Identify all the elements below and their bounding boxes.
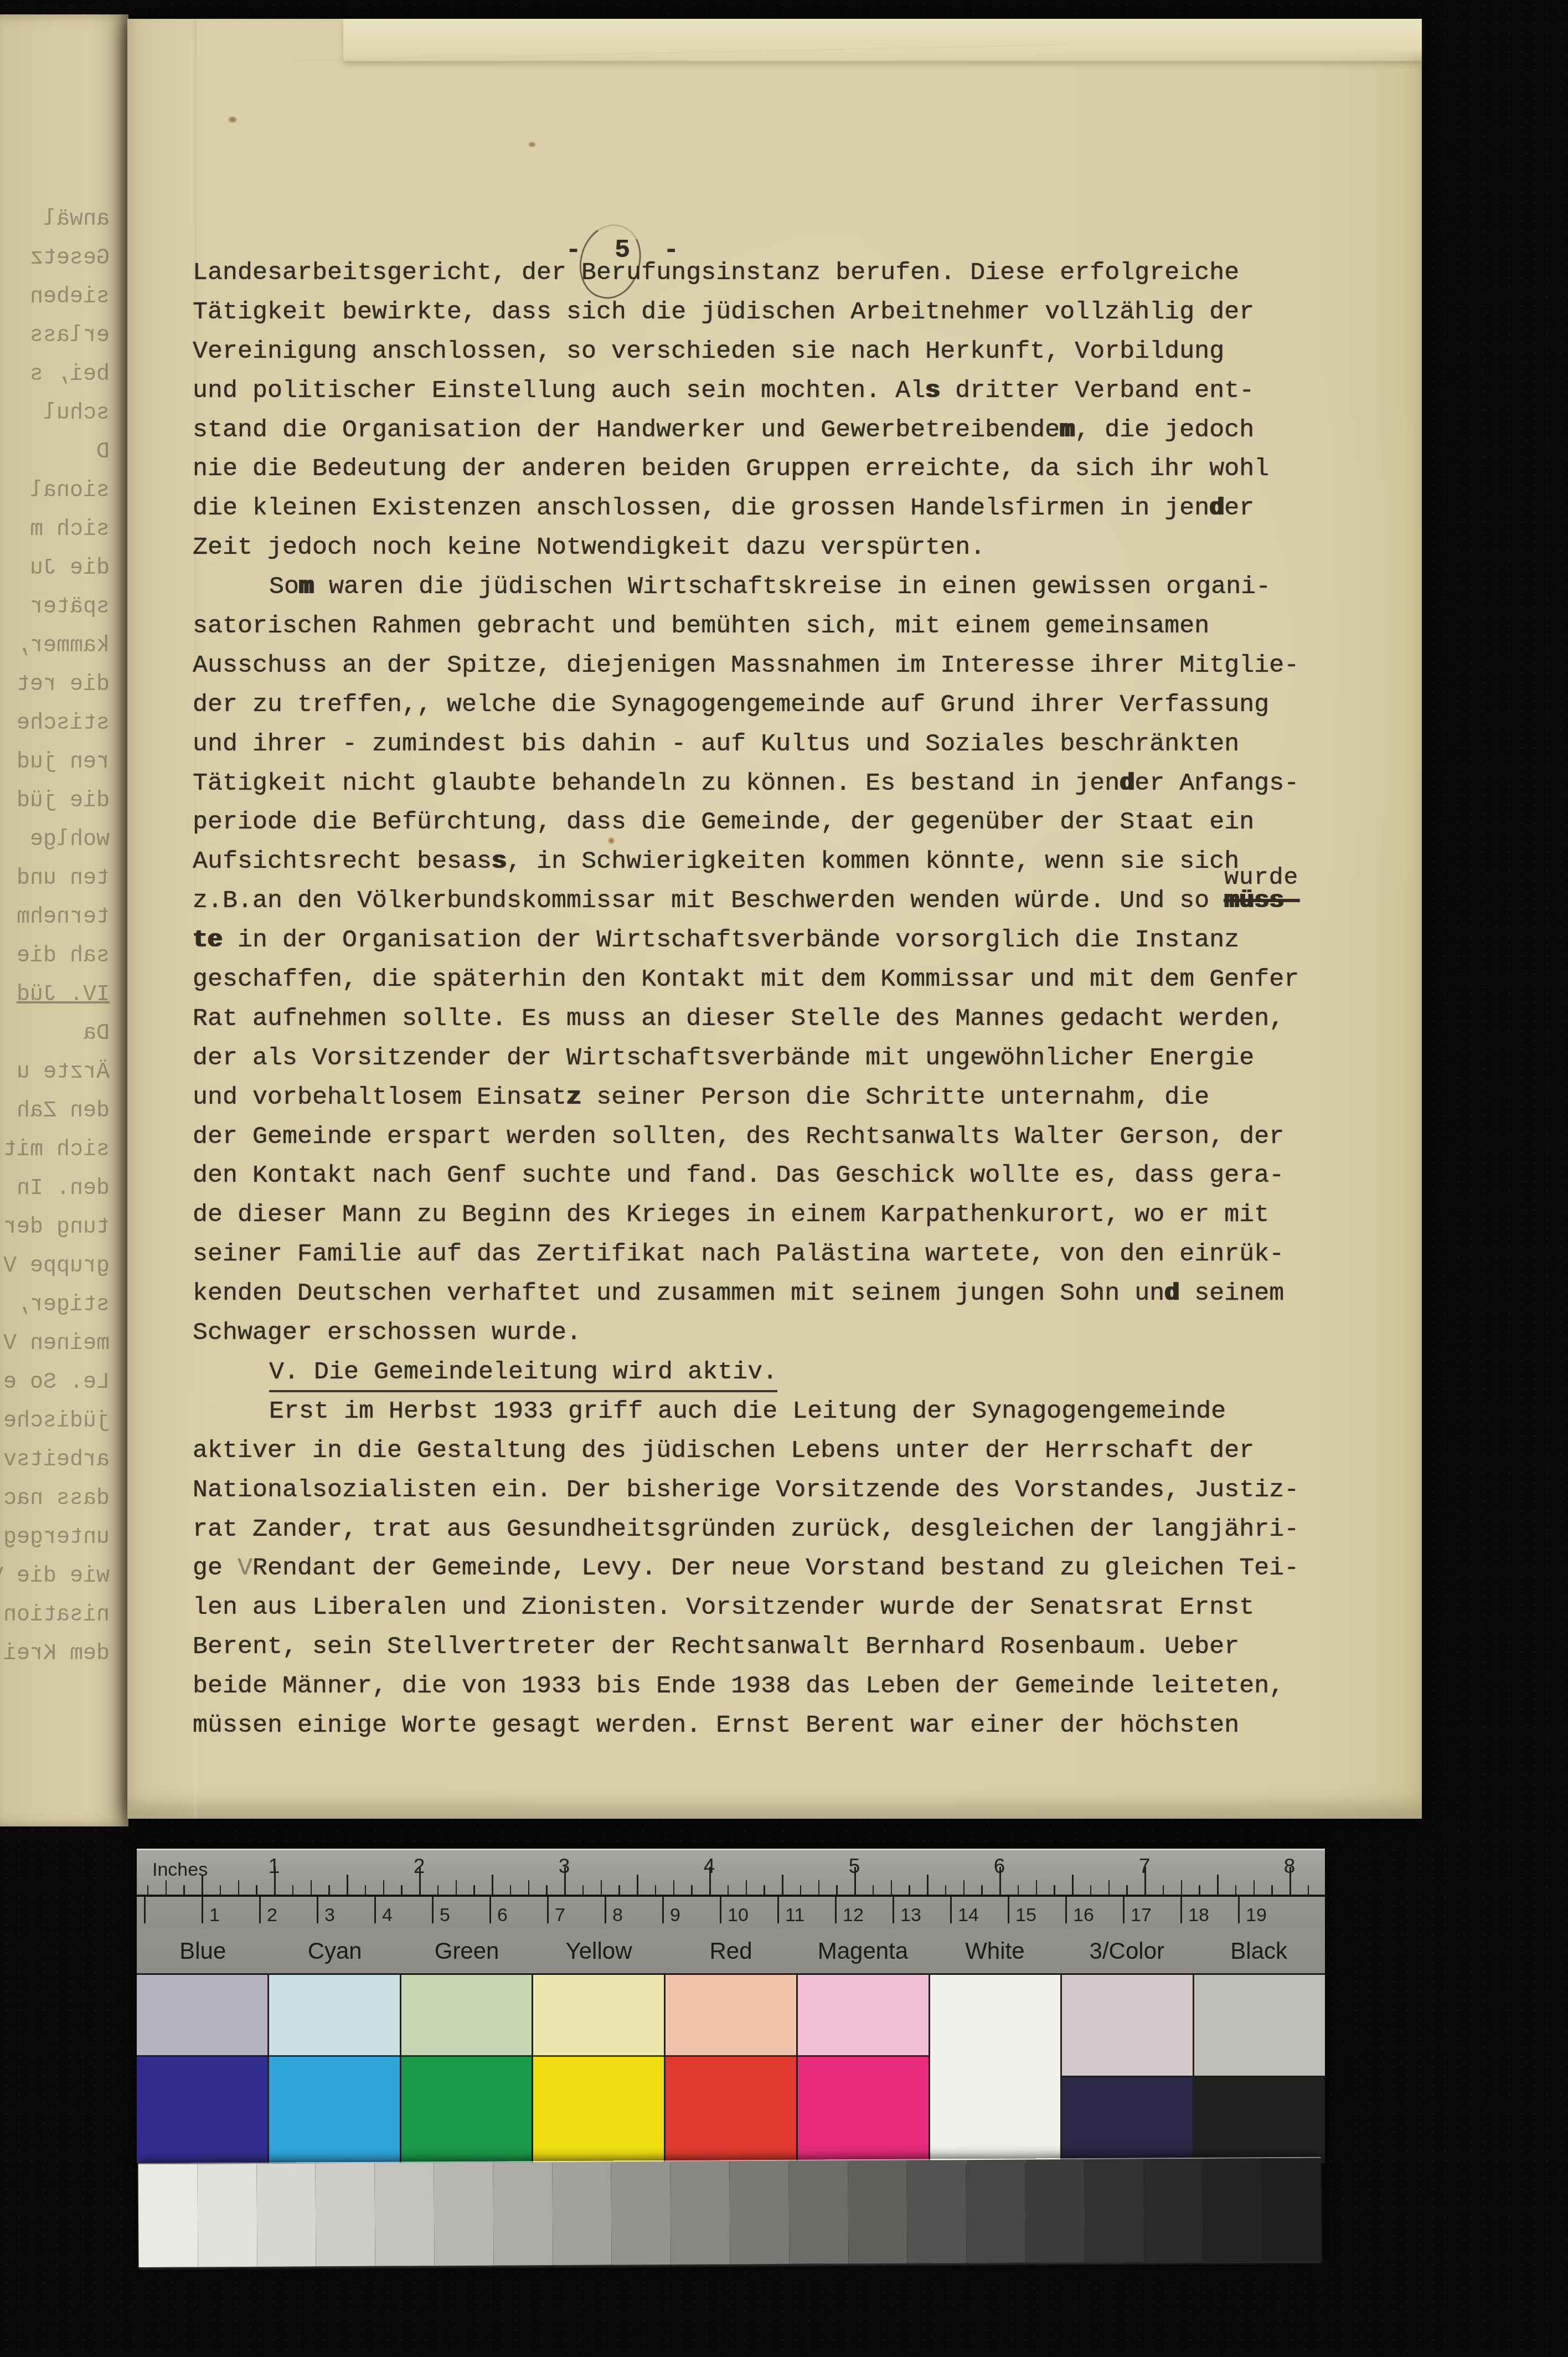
- inch-tick: [1217, 1875, 1219, 1895]
- inch-tick: [1271, 1885, 1273, 1895]
- typed-text-block: Landesarbeitsgericht, der Berufungsinsta…: [193, 254, 1378, 1746]
- cm-number: 4: [382, 1905, 393, 1926]
- previous-page-edge: anwälGesetzsiebenerlassbei, sschulDsiona…: [0, 14, 128, 1826]
- gray-step-5: [375, 2163, 435, 2266]
- bleed-through-text: sional: [30, 478, 110, 507]
- typed-line: der Gemeinde erspart werden sollten, des…: [193, 1118, 1378, 1157]
- inch-tick: [673, 1880, 675, 1895]
- inch-tick: [764, 1885, 765, 1895]
- cm-tick: [489, 1897, 491, 1923]
- color-label-white: White: [929, 1929, 1061, 1973]
- typed-line: de dieser Mann zu Beginn des Krieges in …: [193, 1196, 1378, 1235]
- tint-patch: [1194, 1975, 1325, 2077]
- inch-tick: [618, 1885, 620, 1895]
- color-label-black: Black: [1193, 1929, 1325, 1973]
- color-label-yellow: Yellow: [533, 1929, 664, 1973]
- typed-correction: V: [238, 1554, 252, 1582]
- inch-tick: [256, 1885, 257, 1895]
- tint-patch: [401, 1975, 532, 2057]
- color-calibration-chart: Inches 12345678 123456789101112131415161…: [137, 1849, 1325, 2162]
- cm-number: 17: [1131, 1905, 1152, 1926]
- typed-line: müssen einige Worte gesagt werden. Ernst…: [193, 1706, 1378, 1746]
- typed-segment: und vorbehaltlosem Einsat: [193, 1083, 566, 1111]
- bleed-through-text: dem Krei: [3, 1641, 110, 1670]
- inch-tick: [1254, 1880, 1255, 1895]
- cm-tick: [1123, 1897, 1125, 1923]
- gray-step-6: [434, 2163, 493, 2266]
- typed-line: Rat aufnehmen sollte. Es muss an dieser …: [193, 1000, 1378, 1039]
- inch-tick: [401, 1885, 403, 1895]
- gray-step-7: [493, 2162, 553, 2266]
- inch-tick: [147, 1885, 149, 1895]
- tint-patch: [137, 1975, 267, 2057]
- gray-step-20: [1262, 2158, 1322, 2262]
- bleed-through-text: Da: [83, 1021, 110, 1050]
- typed-line: Nationalsozialisten ein. Der bisherige V…: [193, 1471, 1378, 1510]
- inch-number: 5: [849, 1855, 860, 1878]
- gray-step-4: [316, 2163, 375, 2267]
- typed-line: der zu treffen,, welche die Synagogengem…: [193, 686, 1378, 725]
- bleed-through-text: gruppe V: [3, 1254, 110, 1283]
- inch-tick: [601, 1880, 602, 1895]
- inch-tick: [183, 1885, 185, 1895]
- cm-tick: [1008, 1897, 1009, 1923]
- typed-line: und politischer Einstellung auch sein mo…: [193, 372, 1378, 411]
- inch-tick: [220, 1885, 221, 1895]
- inch-tick: [582, 1885, 584, 1895]
- cm-number: 3: [324, 1905, 335, 1926]
- bleed-through-text: IV. Jüd: [17, 982, 110, 1011]
- inch-tick: [383, 1880, 385, 1895]
- inch-number: 7: [1139, 1855, 1151, 1878]
- cm-tick: [777, 1897, 779, 1923]
- typed-segment: z.B.an den Völkerbundskommissar mit Besc…: [193, 887, 1224, 915]
- ruler: Inches 12345678 123456789101112131415161…: [137, 1850, 1325, 1929]
- bleed-through-text: die jüd: [17, 789, 110, 817]
- inch-tick: [836, 1885, 838, 1895]
- typed-line: seiner Familie auf das Zertifikat nach P…: [193, 1235, 1378, 1274]
- bleed-through-text: stische: [17, 711, 110, 740]
- bleed-through-text: bei, s: [30, 362, 110, 391]
- tint-patch: [798, 1975, 929, 2057]
- tint-patch: [930, 1975, 1061, 2163]
- inch-number: 3: [559, 1855, 570, 1878]
- document-page: - 5 - Landesarbeitsgericht, der Berufung…: [127, 19, 1422, 1819]
- cm-tick: [1065, 1897, 1067, 1923]
- typed-segment: waren die jüdischen Wirtschaftskreise in…: [314, 573, 1271, 601]
- gray-step-18: [1143, 2159, 1203, 2262]
- typed-line: Landesarbeitsgericht, der Berufungsinsta…: [193, 254, 1378, 293]
- typed-line: kenden Deutschen verhaftet und zusammen …: [193, 1274, 1378, 1314]
- typed-segment: seinem: [1179, 1279, 1284, 1308]
- gray-step-12: [788, 2160, 848, 2264]
- inch-tick: [365, 1885, 367, 1895]
- color-column-magenta: [796, 1975, 929, 2163]
- bleed-through-text: später: [30, 595, 110, 624]
- cm-tick: [835, 1897, 837, 1923]
- bleed-through-text: tung der: [3, 1215, 110, 1244]
- inch-tick: [1126, 1885, 1128, 1895]
- inch-tick: [1090, 1885, 1092, 1895]
- bleed-through-text: sich m: [30, 517, 110, 546]
- inch-tick: [1235, 1885, 1237, 1895]
- inch-scale: Inches 12345678: [137, 1850, 1325, 1895]
- solid-patch: [269, 2055, 400, 2163]
- bleed-through-text: untergeg: [3, 1525, 110, 1554]
- cm-tick: [144, 1897, 146, 1923]
- inch-tick: [909, 1885, 910, 1895]
- typed-correction: m: [299, 573, 314, 601]
- inch-number: 4: [704, 1855, 715, 1878]
- tint-patch: [533, 1975, 664, 2057]
- gray-step-16: [1025, 2159, 1085, 2263]
- gray-step-14: [907, 2160, 967, 2263]
- inch-tick: [238, 1880, 240, 1895]
- typed-line: und ihrer - zumindest bis dahin - auf Ku…: [193, 725, 1378, 764]
- typed-segment: kenden Deutschen verhaftet und zusammen …: [193, 1279, 1164, 1308]
- typed-segment: Aufsichtsrecht besas: [193, 847, 492, 876]
- inch-tick: [981, 1885, 983, 1895]
- cm-number: 5: [440, 1905, 450, 1926]
- bleed-through-text: nisation: [3, 1603, 110, 1632]
- typed-correction: z: [566, 1083, 581, 1111]
- inch-tick: [166, 1880, 167, 1895]
- inch-tick: [347, 1875, 348, 1895]
- typed-line: den Kontakt nach Genf suchte und fand. D…: [193, 1156, 1378, 1196]
- paper-stain: [228, 116, 237, 123]
- cm-tick: [317, 1897, 318, 1923]
- tint-patch: [1062, 1975, 1193, 2077]
- inch-tick: [1054, 1885, 1055, 1895]
- gray-step-9: [611, 2162, 671, 2265]
- bleed-through-text: anwäl: [43, 207, 110, 236]
- typed-segment: seiner Person die Schritte unternahm, di…: [581, 1083, 1209, 1111]
- color-label-3-color: 3/Color: [1061, 1929, 1193, 1973]
- typed-line: und vorbehaltlosem Einsatz seiner Person…: [193, 1078, 1378, 1118]
- cm-number: 12: [843, 1905, 864, 1926]
- inch-tick: [202, 1875, 203, 1895]
- inch-tick: [456, 1880, 457, 1895]
- color-label-blue: Blue: [137, 1929, 269, 1973]
- gray-step-8: [552, 2162, 612, 2266]
- tint-patch: [666, 1975, 796, 2057]
- tint-patch: [269, 1975, 400, 2057]
- inch-tick: [311, 1880, 312, 1895]
- typed-correction: s: [925, 377, 940, 405]
- typed-segment: die kleinen Existenzen anschlossen, die …: [193, 494, 1209, 522]
- cm-tick: [432, 1897, 434, 1923]
- typed-heading-line: V. Die Gemeindeleitung wird aktiv.: [193, 1353, 1378, 1392]
- color-column-cyan: [267, 1975, 400, 2163]
- bleed-through-text: erlass: [30, 323, 110, 352]
- typed-correction: s: [492, 847, 507, 876]
- cm-number: 16: [1073, 1905, 1094, 1926]
- gray-step-1: [138, 2164, 198, 2267]
- typed-line: Vereinigung anschlossen, so verschieden …: [193, 332, 1378, 372]
- typed-line: die kleinen Existenzen anschlossen, die …: [193, 489, 1378, 528]
- typed-line: Tätigkeit nicht glaubte behandeln zu kön…: [193, 764, 1378, 804]
- bleed-through-text: kammer,: [17, 634, 110, 662]
- gray-step-15: [966, 2160, 1026, 2263]
- color-label-magenta: Magenta: [797, 1929, 929, 1973]
- bleed-through-text: Le. So e: [3, 1370, 110, 1399]
- color-label-green: Green: [401, 1929, 533, 1973]
- inch-tick: [891, 1880, 893, 1895]
- typed-segment: dritter Verband ent-: [940, 377, 1254, 405]
- inches-label: Inches: [152, 1859, 208, 1881]
- gray-step-17: [1084, 2159, 1144, 2262]
- inch-tick: [782, 1875, 783, 1895]
- inch-tick: [328, 1885, 330, 1895]
- cm-number: 6: [497, 1905, 508, 1926]
- typed-correction: d: [1209, 494, 1224, 522]
- cm-tick: [547, 1897, 549, 1923]
- inch-tick: [927, 1875, 929, 1895]
- typed-line: Aufsichtsrecht besass, in Schwierigkeite…: [193, 842, 1378, 882]
- inch-number: 2: [414, 1855, 425, 1878]
- inch-tick: [546, 1885, 548, 1895]
- inch-number: 6: [994, 1855, 1005, 1878]
- typed-segment: stand die Organisation der Handwerker un…: [193, 416, 1060, 444]
- inch-number: 8: [1284, 1855, 1296, 1878]
- cm-tick: [259, 1897, 261, 1923]
- gray-step-11: [729, 2161, 789, 2265]
- cm-number: 10: [728, 1905, 749, 1926]
- cm-number: 18: [1188, 1905, 1209, 1926]
- typed-segment: , in Schwierigkeiten kommen könnte, wenn…: [507, 847, 1239, 876]
- typed-correction: d: [1164, 1279, 1179, 1308]
- typed-segment: Tätigkeit nicht glaubte behandeln zu kön…: [193, 769, 1120, 797]
- inch-tick: [1163, 1885, 1164, 1895]
- inch-tick: [945, 1885, 947, 1895]
- gray-step-19: [1203, 2158, 1262, 2262]
- typed-segment: und politischer Einstellung auch sein mo…: [193, 377, 925, 405]
- paper-stain: [528, 142, 536, 147]
- solid-patch: [666, 2055, 796, 2163]
- section-heading: V. Die Gemeindeleitung wird aktiv.: [269, 1356, 777, 1392]
- cm-number: 13: [900, 1905, 921, 1926]
- bleed-through-text: sah die: [17, 944, 110, 972]
- bleed-through-text: arbeitsv: [3, 1448, 110, 1476]
- bleed-through-text: sieben: [30, 285, 110, 313]
- inch-tick: [873, 1885, 874, 1895]
- cm-scale: 12345678910111213141516171819: [137, 1897, 1325, 1929]
- bleed-through-text: die ret: [17, 672, 110, 701]
- bleed-through-text: ten und: [17, 866, 110, 895]
- paper-stain: [608, 837, 615, 844]
- bleed-through-text: wie die V: [0, 1564, 110, 1593]
- cm-tick: [950, 1897, 952, 1923]
- solid-patch: [1194, 2076, 1325, 2163]
- inch-tick: [1018, 1885, 1019, 1895]
- color-column-white: [929, 1975, 1061, 2163]
- gray-step-3: [256, 2163, 316, 2267]
- color-column-green: [400, 1975, 532, 2163]
- typed-line: aktiver in die Gestaltung des jüdischen …: [193, 1432, 1378, 1471]
- grayscale-wedge: [138, 2157, 1322, 2267]
- cm-number: 2: [267, 1905, 277, 1926]
- solid-patch: [401, 2055, 532, 2163]
- inch-tick: [800, 1885, 802, 1895]
- cm-number: 15: [1015, 1905, 1036, 1926]
- color-label-red: Red: [665, 1929, 797, 1973]
- bleed-through-text: wohlge: [30, 827, 110, 856]
- color-label-cyan: Cyan: [269, 1929, 400, 1973]
- solid-patch: [1062, 2076, 1193, 2163]
- cm-tick: [1238, 1897, 1240, 1923]
- typed-line: Som waren die jüdischen Wirtschaftskreis…: [193, 568, 1378, 607]
- cm-number: 7: [555, 1905, 565, 1926]
- gray-step-2: [197, 2164, 257, 2267]
- cm-tick: [605, 1897, 606, 1923]
- bleed-through-text: Ärzte u: [17, 1060, 110, 1089]
- inch-tick: [492, 1875, 493, 1895]
- typed-line: Zeit jedoch noch keine Notwendigkeit daz…: [193, 528, 1378, 568]
- typed-line: Tätigkeit bewirkte, dass sich die jüdisc…: [193, 293, 1378, 332]
- typed-segment: ge: [193, 1554, 238, 1582]
- typed-line: beide Männer, die von 1933 bis Ende 1938…: [193, 1667, 1378, 1706]
- cm-number: 14: [958, 1905, 979, 1926]
- typed-line: satorischen Rahmen gebracht und bemühten…: [193, 607, 1378, 646]
- typed-line: ge VRendant der Gemeinde, Levy. Der neue…: [193, 1549, 1378, 1588]
- typed-segment: , die jedoch: [1075, 416, 1254, 444]
- solid-patch: [137, 2055, 267, 2163]
- underlying-page-edge: [343, 19, 1422, 61]
- typed-line: te in der Organisation der Wirtschaftsve…: [193, 921, 1378, 960]
- color-labels-row: BlueCyanGreenYellowRedMagentaWhite3/Colo…: [137, 1929, 1325, 1973]
- cm-number: 11: [785, 1905, 804, 1926]
- bleed-through-text: sich mit: [3, 1138, 110, 1166]
- cm-number: 19: [1246, 1905, 1267, 1926]
- inch-number: 1: [269, 1855, 280, 1878]
- gray-step-10: [670, 2161, 730, 2265]
- typed-line: periode die Befürchtung, dass die Gemein…: [193, 803, 1378, 842]
- typed-line: geschaffen, die späterhin den Kontakt mi…: [193, 960, 1378, 1000]
- scanned-document-photo: { "page": { "number_label": "- 5 -", "li…: [0, 0, 1568, 2357]
- typed-line: Erst im Herbst 1933 griff auch die Leitu…: [193, 1392, 1378, 1432]
- bleed-through-text: den Zah: [17, 1099, 110, 1128]
- color-column-black: [1193, 1975, 1325, 2163]
- typed-line: nie die Bedeutung der anderen beiden Gru…: [193, 450, 1378, 489]
- inch-tick: [528, 1880, 530, 1895]
- inch-tick: [818, 1880, 820, 1895]
- typed-correction: m: [1060, 416, 1075, 444]
- bleed-through-text: stiger,: [17, 1293, 110, 1321]
- inch-tick: [1108, 1880, 1110, 1895]
- cm-tick: [893, 1897, 894, 1923]
- gray-step-13: [848, 2160, 907, 2264]
- cm-number: 9: [670, 1905, 680, 1926]
- typed-correction: müss-: [1224, 887, 1299, 915]
- bleed-through-text: die Ju: [30, 556, 110, 585]
- bleed-through-text: ternehm: [17, 905, 110, 934]
- inch-tick: [963, 1880, 965, 1895]
- bleed-through-text: ren jud: [17, 750, 110, 779]
- typed-line: Schwager erschossen wurde.: [193, 1314, 1378, 1353]
- typed-line: Ausschuss an der Spitze, diejenigen Mass…: [193, 646, 1378, 686]
- color-column-3-color: [1060, 1975, 1193, 2163]
- inch-tick: [473, 1885, 475, 1895]
- typed-segment: So: [269, 573, 299, 601]
- typed-segment: er Anfangs-: [1134, 769, 1299, 797]
- solid-patch: [798, 2055, 929, 2163]
- bleed-through-text: D: [96, 440, 110, 469]
- bleed-through-text: dass nac: [3, 1486, 110, 1515]
- bleed-through-text: schul: [43, 401, 110, 430]
- bleed-through-text: Gesetz: [30, 246, 110, 275]
- cm-number: 1: [209, 1905, 220, 1926]
- inch-tick: [1181, 1880, 1183, 1895]
- inch-tick: [510, 1885, 512, 1895]
- inch-tick: [1199, 1885, 1200, 1895]
- typed-line: der als Vorsitzender der Wirtschaftsverb…: [193, 1039, 1378, 1078]
- typed-segment: er: [1224, 494, 1254, 522]
- typed-line: rat Zander, trat aus Gesundheitsgründen …: [193, 1510, 1378, 1550]
- color-column-blue: [137, 1975, 267, 2163]
- cm-tick: [202, 1897, 203, 1923]
- color-column-yellow: [532, 1975, 664, 2163]
- bleed-through-text: jüdische: [3, 1409, 110, 1438]
- inch-tick: [1308, 1885, 1309, 1895]
- bleed-through-text: meinen V: [3, 1331, 110, 1360]
- cm-tick: [1180, 1897, 1182, 1923]
- typed-line: z.B.an den Völkerbundskommissar mit Besc…: [193, 882, 1378, 921]
- inch-tick: [691, 1885, 693, 1895]
- solid-patch: [533, 2055, 664, 2163]
- cm-number: 8: [612, 1905, 623, 1926]
- typed-line: len aus Liberalen und Zionisten. Vorsitz…: [193, 1588, 1378, 1628]
- inch-tick: [437, 1885, 439, 1895]
- cm-tick: [720, 1897, 721, 1923]
- inch-tick: [1036, 1880, 1038, 1895]
- typed-correction: d: [1120, 769, 1134, 797]
- typed-line: Berent, sein Stellvertreter der Rechtsan…: [193, 1628, 1378, 1667]
- cm-tick: [662, 1897, 664, 1923]
- inch-tick: [728, 1885, 729, 1895]
- typed-line: stand die Organisation der Handwerker un…: [193, 411, 1378, 450]
- typed-correction: te: [193, 926, 223, 954]
- color-column-red: [664, 1975, 796, 2163]
- inch-tick: [746, 1880, 747, 1895]
- inch-tick: [1072, 1875, 1074, 1895]
- inch-tick: [292, 1885, 294, 1895]
- color-patches-row: [137, 1973, 1325, 2163]
- inch-tick: [637, 1875, 638, 1895]
- typed-segment: Rendant der Gemeinde, Levy. Der neue Vor…: [252, 1554, 1299, 1582]
- cm-tick: [374, 1897, 376, 1923]
- inch-tick: [655, 1885, 657, 1895]
- typed-segment: in der Organisation der Wirtschaftsverbä…: [223, 926, 1239, 954]
- bleed-through-text: den. In: [17, 1176, 110, 1205]
